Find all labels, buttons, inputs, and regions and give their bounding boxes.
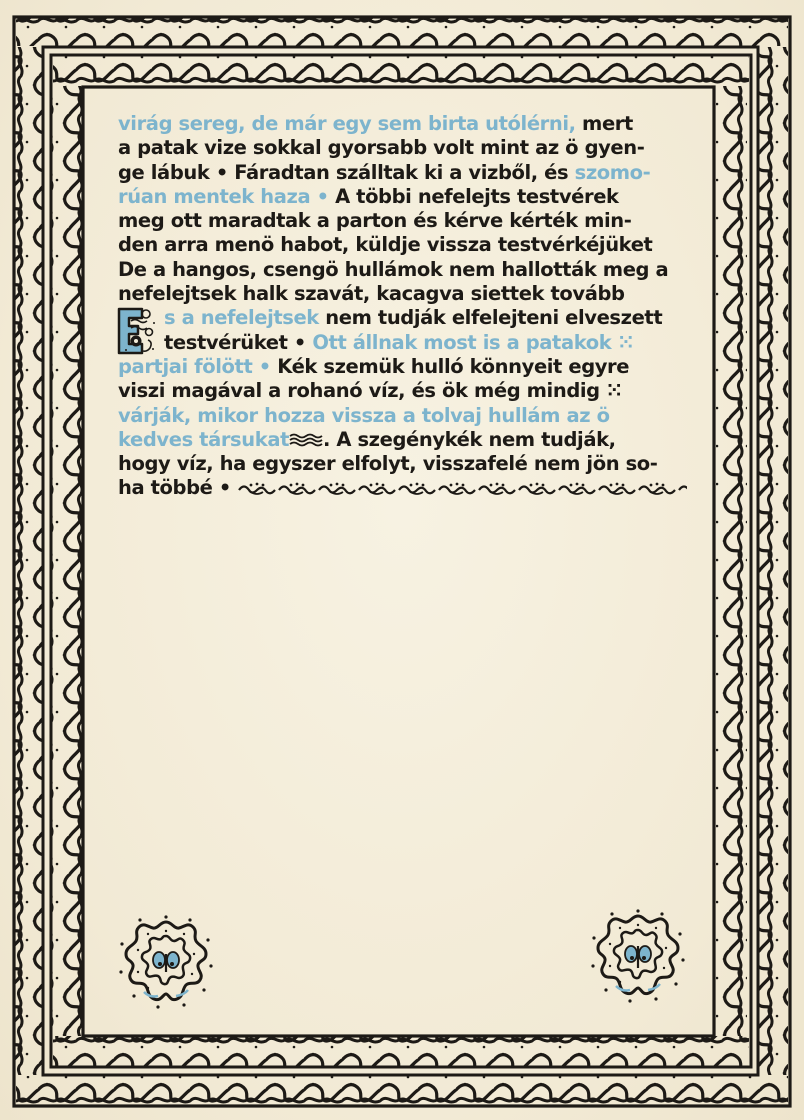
text-segment: nefelejtsek halk szavát, kacagva siettek… [118,282,625,305]
text-segment: hogy víz, ha egyszer elfolyt, visszafelé… [118,452,657,475]
text-line-7: De a hangos, csengö hullámok nem hallott… [118,258,690,282]
text-line-6: den arra menö habot, küldje vissza testv… [118,233,690,257]
text-segment: testvérüket • [164,331,312,354]
text-line-4: rúan mentek haza • A többi nefelejts tes… [118,185,690,209]
text-line-8: nefelejtsek halk szavát, kacagva siettek… [118,282,690,306]
text-segment: s a nefelejtsek [164,306,319,329]
text-segment: ha többé • [118,476,231,499]
text-segment: A többi nefelejts testvérek [335,185,619,208]
text-segment: De a hangos, csengö hullámok nem hallott… [118,258,668,281]
text-line-13: várják, mikor hozza vissza a tolvaj hull… [118,404,690,428]
sun-face-rosette-icon [590,908,686,1004]
text-line-10: testvérüket • Ott állnak most is a patak… [118,331,690,355]
dot-mark-icon: ⁙ [600,379,622,402]
text-segment: rúan mentek haza • [118,185,335,208]
wave-dot-flourish-icon [237,481,687,497]
text-segment: viszi magával a rohanó víz, és ök még mi… [118,379,600,402]
text-line-11: partjai fölött • Kék szemük hulló könnye… [118,355,690,379]
text-segment: kedves társukat [118,428,289,451]
text-line-5: meg ott maradtak a parton és kérve kérté… [118,209,690,233]
sun-face-rosette-icon [118,914,214,1010]
text-line-12: viszi magával a rohanó víz, és ök még mi… [118,379,690,403]
text-line-15: hogy víz, ha egyszer elfolyt, visszafelé… [118,452,690,476]
text-line-3: ge lábuk • Fáradtan szálltak ki a vizből… [118,161,690,185]
text-line-14: kedves társukat. A szegénykék nem tudják… [118,428,690,452]
text-segment: . A szegénykék nem tudják, [323,428,616,451]
text-segment: mert [576,112,633,135]
text-segment: den arra menö habot, küldje vissza testv… [118,233,652,256]
text-segment: partjai fölött • [118,355,277,378]
text-line-1: virág sereg, de már egy sem birta utólér… [118,112,690,136]
text-line-2: a patak vize sokkal gyorsabb volt mint a… [118,136,690,160]
text-segment: a patak vize sokkal gyorsabb volt mint a… [118,136,644,159]
text-segment: Kék szemük hulló könnyeit egyre [277,355,629,378]
text-segment: nem tudják elfelejteni elveszett [319,306,662,329]
text-segment: Ott állnak most is a patakok [312,331,611,354]
text-segment: virág sereg, de már egy sem birta utólér… [118,112,576,135]
text-line-16: ha többé • [118,476,690,500]
text-segment: ge lábuk • Fáradtan szálltak ki a vizből… [118,161,575,184]
text-line-9: s a nefelejtsek nem tudják elfelejteni e… [118,306,690,330]
text-segment: szomo- [575,161,651,184]
text-segment: meg ott maradtak a parton és kérve kérté… [118,209,631,232]
triple-wave-mark-icon [289,433,323,447]
dot-mark-icon: ⁙ [611,331,633,354]
text-segment: várják, mikor hozza vissza a tolvaj hull… [118,404,610,427]
dropcap-e-icon [116,306,160,356]
story-text: virág sereg, de már egy sem birta utólér… [118,112,690,501]
